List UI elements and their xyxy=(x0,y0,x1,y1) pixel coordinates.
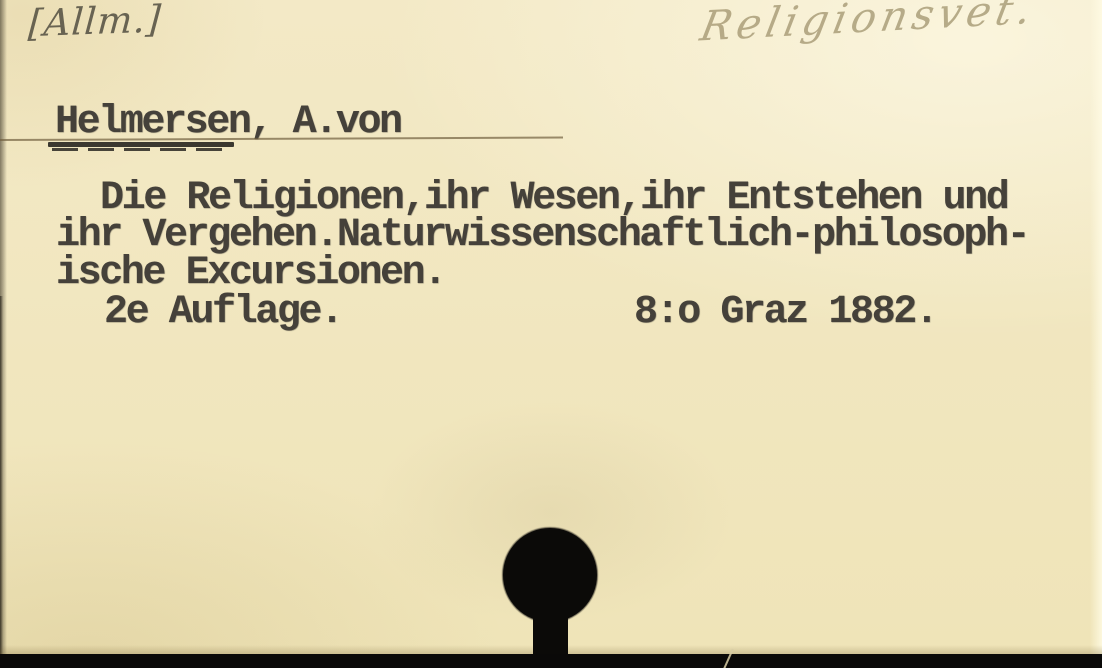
card-right-edge-highlight xyxy=(1090,0,1102,657)
imprint-statement: 8:o Graz 1882. xyxy=(634,290,936,336)
catalog-card-scan: [Allm.] Religionsvet. Helmersen, A.von D… xyxy=(0,0,1102,668)
handwritten-classification-note: [Allm.] xyxy=(27,0,163,45)
edition-statement: 2e Auflage. xyxy=(104,290,342,336)
scanner-background-strip xyxy=(0,654,1102,668)
card-left-edge-shadow xyxy=(0,0,7,657)
punch-hole-slot xyxy=(533,600,568,658)
author-typed-underline xyxy=(48,142,234,147)
handwritten-subject-note: Religionsvet. xyxy=(697,0,1041,51)
